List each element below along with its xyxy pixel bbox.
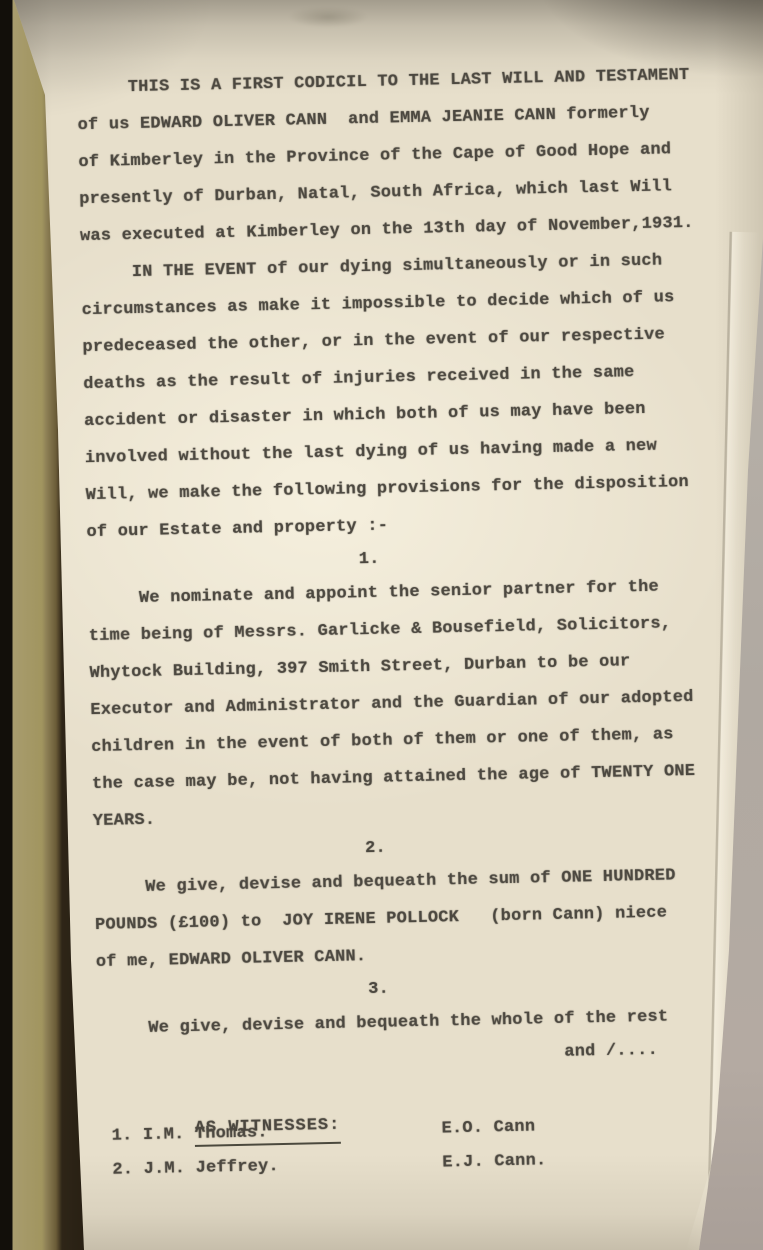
pencil-smudge [276, 3, 380, 31]
witness-signature: E.O. Cann [441, 1111, 535, 1147]
document-page: THIS IS A FIRST CODICIL TO THE LAST WILL… [0, 0, 763, 1250]
witness-signature: E.J. Cann. [442, 1144, 547, 1180]
scanned-document: THIS IS A FIRST CODICIL TO THE LAST WILL… [0, 0, 763, 1250]
typed-text-block: THIS IS A FIRST CODICIL TO THE LAST WILL… [76, 57, 720, 1188]
witness-name: 2. J.M. Jeffrey. [112, 1147, 443, 1188]
